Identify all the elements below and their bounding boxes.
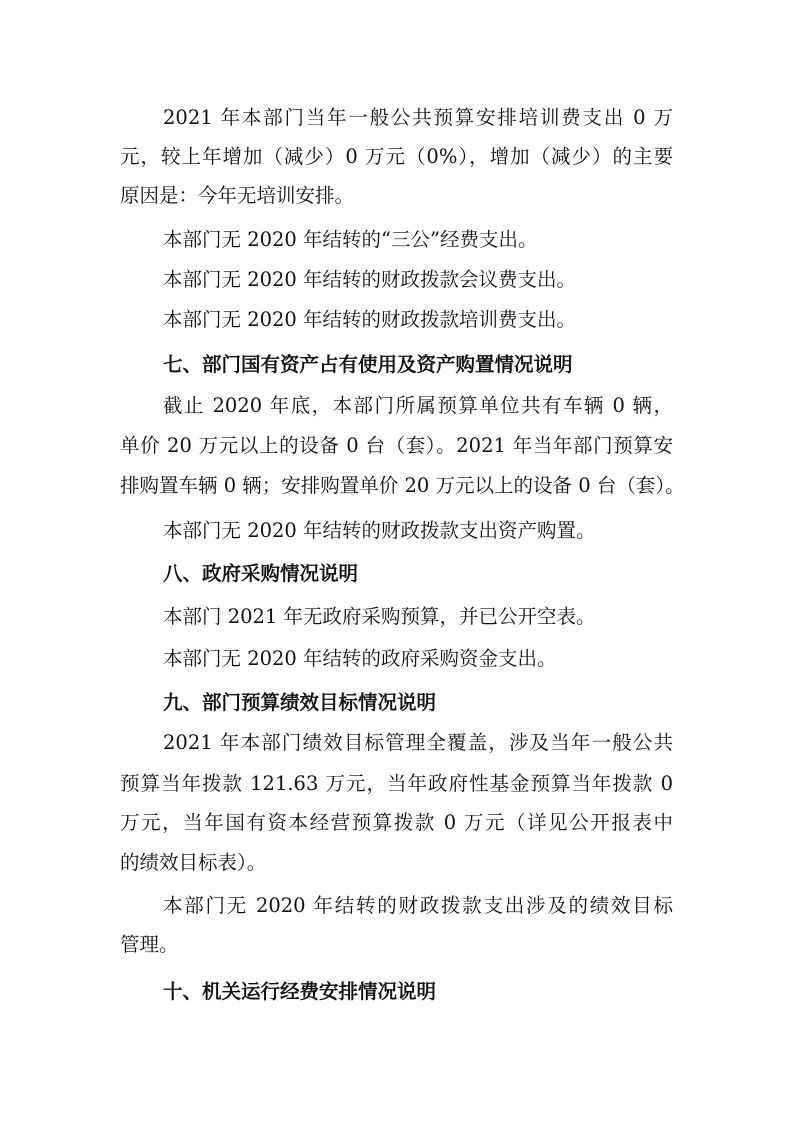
section-heading-7: 七、部门国有资产占有使用及资产购置情况说明 bbox=[163, 353, 573, 377]
paragraph-line: 原因是：今年无培训安排。 bbox=[120, 184, 673, 208]
paragraph-line: 排购置车辆 0 辆；安排购置单价 20 万元以上的设备 0 台（套）。 bbox=[120, 474, 673, 498]
paragraph-line: 万元，当年国有资本经营预算拨款 0 万元（详见公开报表中 bbox=[120, 811, 673, 835]
paragraph-line: 截止 2020 年底，本部门所属预算单位共有车辆 0 辆， bbox=[163, 394, 673, 418]
paragraph-line: 预算当年拨款 121.63 万元，当年政府性基金预算当年拨款 0 bbox=[120, 772, 673, 796]
paragraph-line: 2021 年本部门当年一般公共预算安排培训费支出 0 万 bbox=[163, 106, 673, 130]
paragraph-line: 2021 年本部门绩效目标管理全覆盖，涉及当年一般公共 bbox=[163, 731, 673, 755]
paragraph-line: 元，较上年增加（减少）0 万元（0%），增加（减少）的主要 bbox=[120, 145, 673, 169]
paragraph-line: 本部门无 2020 年结转的财政拨款支出涉及的绩效目标 bbox=[163, 894, 673, 918]
section-heading-9: 九、部门预算绩效目标情况说明 bbox=[163, 691, 436, 715]
paragraph-line: 本部门无 2020 年结转的财政拨款支出资产购置。 bbox=[163, 519, 673, 543]
section-heading-10: 十、机关运行经费安排情况说明 bbox=[163, 980, 436, 1004]
paragraph-line: 本部门无 2020 年结转的财政拨款培训费支出。 bbox=[163, 308, 673, 332]
paragraph-line: 管理。 bbox=[120, 933, 673, 957]
paragraph-line: 本部门 2021 年无政府采购预算，并已公开空表。 bbox=[163, 605, 673, 629]
paragraph-line: 本部门无 2020 年结转的“三公”经费支出。 bbox=[163, 228, 673, 252]
paragraph-line: 单价 20 万元以上的设备 0 台（套）。2021 年当年部门预算安 bbox=[120, 434, 673, 458]
paragraph-line: 本部门无 2020 年结转的政府采购资金支出。 bbox=[163, 647, 673, 671]
section-heading-8: 八、政府采购情况说明 bbox=[163, 562, 358, 586]
paragraph-line: 本部门无 2020 年结转的财政拨款会议费支出。 bbox=[163, 268, 673, 292]
paragraph-line: 的绩效目标表）。 bbox=[120, 851, 673, 875]
